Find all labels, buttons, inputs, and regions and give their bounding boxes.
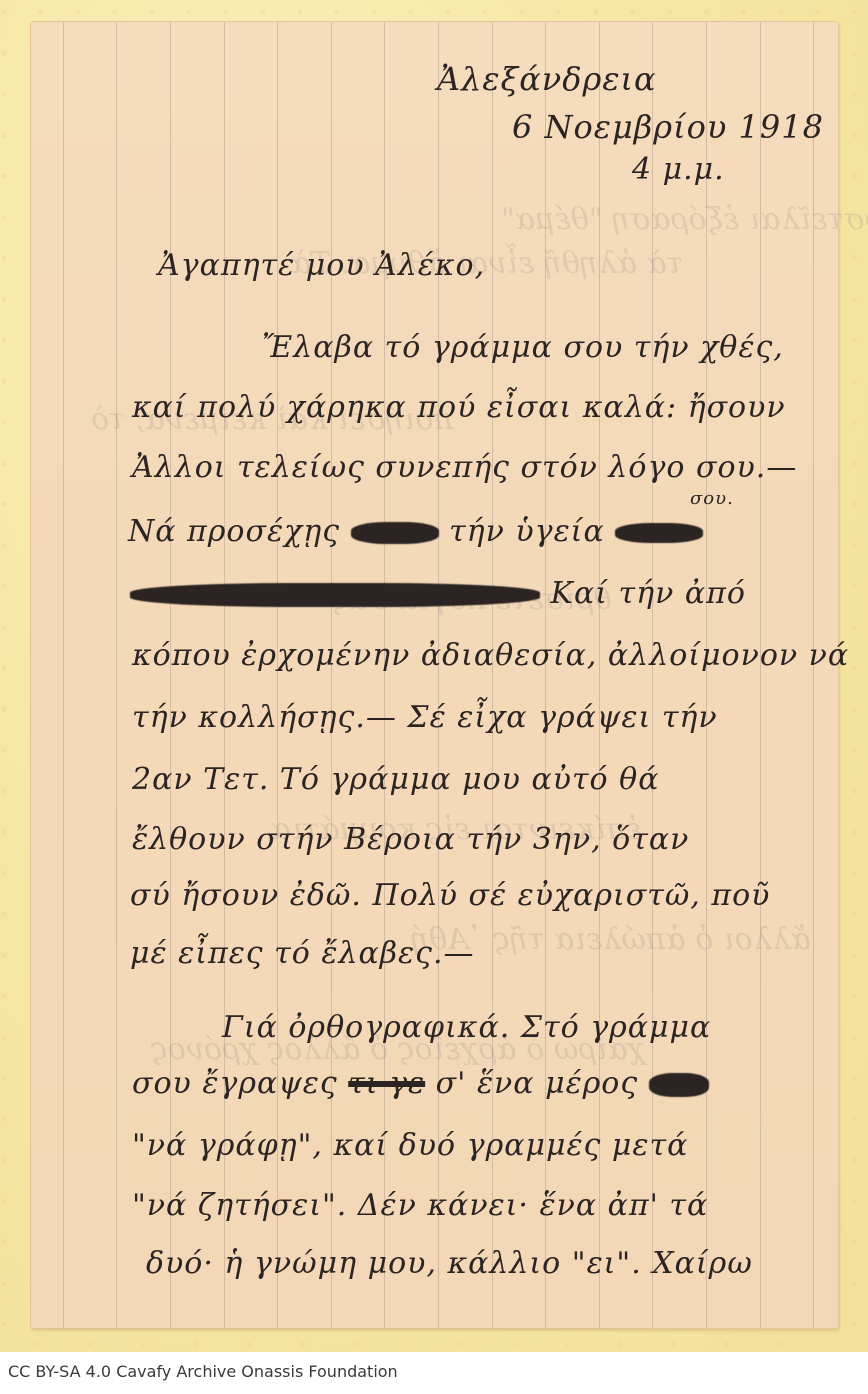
letter-line-5: Καί τήν ἀπό bbox=[130, 576, 746, 611]
letter-line-2: καί πολύ χάρηκα πού εἶσαι καλά: ἤσουν bbox=[132, 390, 786, 425]
letter-line-14: "νά γράφῃ", καί δυό γραμμές μετά bbox=[132, 1128, 688, 1163]
superscript-insertion: σου. bbox=[690, 488, 734, 509]
text-fragment: Καί τήν ἀπό bbox=[540, 576, 746, 611]
letter-line-8: 2αν Τετ. Τό γράμμα μου αὐτό θά bbox=[132, 762, 659, 797]
ruled-line bbox=[116, 22, 117, 1328]
letter-line-10: σύ ἤσουν ἐδῶ. Πολύ σέ εὐχαριστῶ, ποῦ bbox=[130, 878, 770, 913]
letter-line-15: "νά ζητήσει". Δέν κάνει· ἕνα ἀπ' τά bbox=[132, 1188, 708, 1223]
text-fragment: τήν ὑγεία bbox=[439, 514, 616, 549]
crossed-out-word bbox=[649, 1073, 709, 1097]
crossed-out-phrase bbox=[130, 583, 540, 607]
ruled-line bbox=[63, 22, 64, 1328]
crossed-out-word: τι γε bbox=[348, 1066, 425, 1101]
letter-line-13: σου ἔγραψες τι γε σ' ἕνα μέρος bbox=[132, 1066, 709, 1101]
bleed-through-text: ἀπ ποστεῖλαι ἐξόραση "θέμα" bbox=[501, 202, 868, 237]
text-fragment: σ' ἕνα μέρος bbox=[425, 1066, 649, 1101]
letter-line-6: κόπου ἐρχομένην ἀδιαθεσία, ἀλλοίμονον νά bbox=[132, 638, 849, 673]
letter-salutation: Ἀγαπητέ μου Ἀλέκο, bbox=[158, 248, 485, 283]
letter-line-3: Ἀλλοι τελείως συνεπής στόν λόγο σου.— bbox=[132, 450, 797, 485]
letter-line-12: Γιά ὀρθογραφικά. Στό γράμμα bbox=[222, 1010, 711, 1045]
letter-line-16: δυό· ἡ γνώμη μου, κάλλιο "ει". Χαίρω bbox=[146, 1246, 753, 1281]
letter-date: 6 Νοεμβρίου 1918 bbox=[512, 108, 824, 146]
letter-line-4: Νά προσέχῃς τήν ὑγεία bbox=[128, 514, 703, 549]
text-fragment: σου ἔγραψες bbox=[132, 1066, 348, 1101]
letter-line-1: Ἔλαβα τό γράμμα σου τήν χθές, bbox=[262, 330, 784, 365]
letter-line-11: μέ εἶπες τό ἔλαβες.— bbox=[130, 936, 475, 971]
letter-place: Ἀλεξάνδρεια bbox=[437, 60, 657, 98]
text-fragment: Νά προσέχῃς bbox=[128, 514, 351, 549]
letter-line-9: ἔλθουν στήν Βέροια τήν 3ην, ὅταν bbox=[132, 822, 689, 857]
letter-line-7: τήν κολλήσῃς.— Σέ εἶχα γράψει τήν bbox=[132, 700, 718, 735]
license-caption: CC BY-SA 4.0 Cavafy Archive Onassis Foun… bbox=[8, 1362, 398, 1381]
crossed-out-word bbox=[615, 523, 703, 543]
letter-time: 4 μ.μ. bbox=[632, 152, 725, 187]
crossed-out-word bbox=[351, 522, 439, 544]
